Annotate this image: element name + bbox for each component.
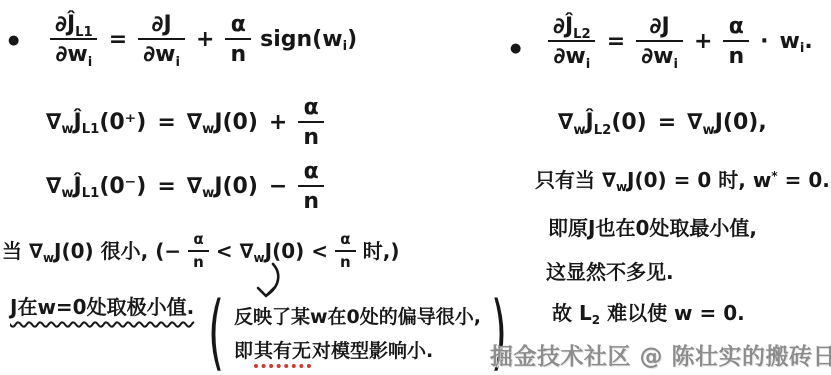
fraction-alpha-n: α n [225, 13, 251, 66]
fraction-dJhatL1-dwi: ∂ĴL1 ∂wi [50, 13, 98, 66]
equals-sign: = [155, 176, 177, 198]
fraction-alpha-n: α n [298, 160, 324, 213]
grad-Jhat-L1-0plus: ∇wĴL1(0⁺) [46, 112, 146, 134]
partial-Jhat: ∂Ĵ [55, 13, 75, 36]
w-star-term: w* [753, 170, 778, 190]
l2-gradient-equation: ∇wĴL2(0) = ∇wJ(0), [558, 112, 767, 134]
watermark: 掘金技术社区 @ 陈壮实的搬砖日记 [490, 338, 831, 371]
fraction-alpha-n: α n [723, 15, 749, 68]
big-open-paren: ( [208, 296, 224, 370]
superscript-star: * [771, 170, 777, 182]
l1-annotation-note: ( 反映了某w在0处的偏导很小, 即其有无对模型影响小. ) [200, 296, 515, 370]
partial-w: ∂w [143, 43, 175, 66]
handwritten-notes-page: ● ∂ĴL1 ∂wi = ∂J ∂wi + α n sign(wi) ∇wĴL1… [0, 0, 831, 375]
bullet-icon: ● [8, 34, 19, 47]
partial-w: ∂w [55, 43, 87, 66]
fraction-alpha-n-small: α n [335, 232, 356, 271]
l1-condition-line: 当 ∇wJ(0) 很小, (− α n < ∇wJ(0) < α n 时,) [2, 232, 399, 271]
wi-term: wi. [779, 31, 812, 53]
fraction-alpha-n-small: α n [188, 232, 209, 271]
l1-conclusion-line: J在w=0处取极小值. [10, 297, 194, 317]
equals-sign: = [155, 112, 177, 134]
subscript-2: 2 [592, 314, 600, 326]
l1-gradient-left-limit-equation: ∇wĴL1(0⁻) = ∇wJ(0) − α n [46, 160, 324, 213]
l2-partial-derivative-equation: ∂ĴL2 ∂wi = ∂J ∂wi + α n · wi. [548, 15, 813, 68]
grad-Jhat-L1-0minus: ∇wĴL1(0⁻) [46, 176, 146, 198]
cond-close-text: 时,) [363, 241, 400, 261]
subscript-L2: L2 [573, 28, 591, 41]
l2-conclusion-line: 故 L2 难以使 w = 0. [552, 303, 745, 323]
bullet-icon: ● [510, 42, 521, 55]
subscript-i: i [175, 56, 180, 69]
equals-sign: = [605, 31, 627, 53]
grad-J-0: ∇wJ(0), [687, 112, 767, 134]
equals-zero-period-text: = 0. [785, 170, 830, 190]
annotation-line-1: 反映了某w在0处的偏导很小, [234, 302, 481, 329]
grad-Jhat-L2-0: ∇wĴL2(0) [558, 112, 647, 134]
equals-sign: = [656, 112, 678, 134]
plus-sign: + [194, 29, 216, 51]
cond-prefix-text: 当 [2, 241, 22, 261]
conclusion-text: J在w=0处取极小值. [10, 297, 194, 317]
grad-J-0: ∇wJ(0) [602, 170, 667, 190]
l1-partial-derivative-equation: ∂ĴL1 ∂wi = ∂J ∂wi + α n sign(wi) [50, 13, 357, 66]
fraction-dJ-dwi: ∂J ∂wi [636, 15, 683, 68]
multiplication-dot: · [758, 31, 770, 53]
red-dot-emphasized-text: 其有无 [254, 340, 311, 368]
less-than-sign: < [216, 241, 233, 261]
l2-note-line-1: 即原J也在0处取最小值, [548, 218, 757, 238]
fraction-alpha-n: α n [298, 96, 324, 149]
only-when-text: 只有当 [535, 170, 595, 190]
equals-zero-text: = 0 时, [674, 170, 746, 190]
plus-sign: + [692, 31, 714, 53]
sign-wi-term: sign(wi) [260, 29, 357, 51]
grad-J-0: ∇wJ(0) [187, 176, 258, 198]
l1-gradient-right-limit-equation: ∇wĴL1(0⁺) = ∇wJ(0) + α n [46, 96, 324, 149]
l2-note-line-2: 这显然不多见. [546, 262, 674, 282]
fraction-dJ-dwi: ∂J ∂wi [138, 13, 185, 66]
fraction-dJhatL2-dwi: ∂ĴL2 ∂wi [548, 15, 596, 68]
n: n [230, 43, 246, 66]
grad-J-0: ∇wJ(0) [187, 112, 258, 134]
l2-condition-line: 只有当 ∇wJ(0) = 0 时, w* = 0. [535, 170, 830, 190]
alpha: α [231, 13, 246, 36]
annotation-line-2: 即其有无对模型影响小. [234, 336, 481, 363]
cond-small-text: 很小, (− [101, 241, 181, 261]
less-than-sign: < [311, 241, 328, 261]
plus-sign: + [267, 112, 289, 134]
subscript-L1: L1 [75, 26, 93, 39]
grad-J-0: ∇wJ(0) [29, 241, 94, 261]
subscript-i: i [88, 56, 93, 69]
grad-J-0: ∇wJ(0) [240, 241, 305, 261]
partial-J: ∂J [152, 13, 172, 36]
minus-sign: − [267, 176, 289, 198]
equals-sign: = [107, 29, 129, 51]
